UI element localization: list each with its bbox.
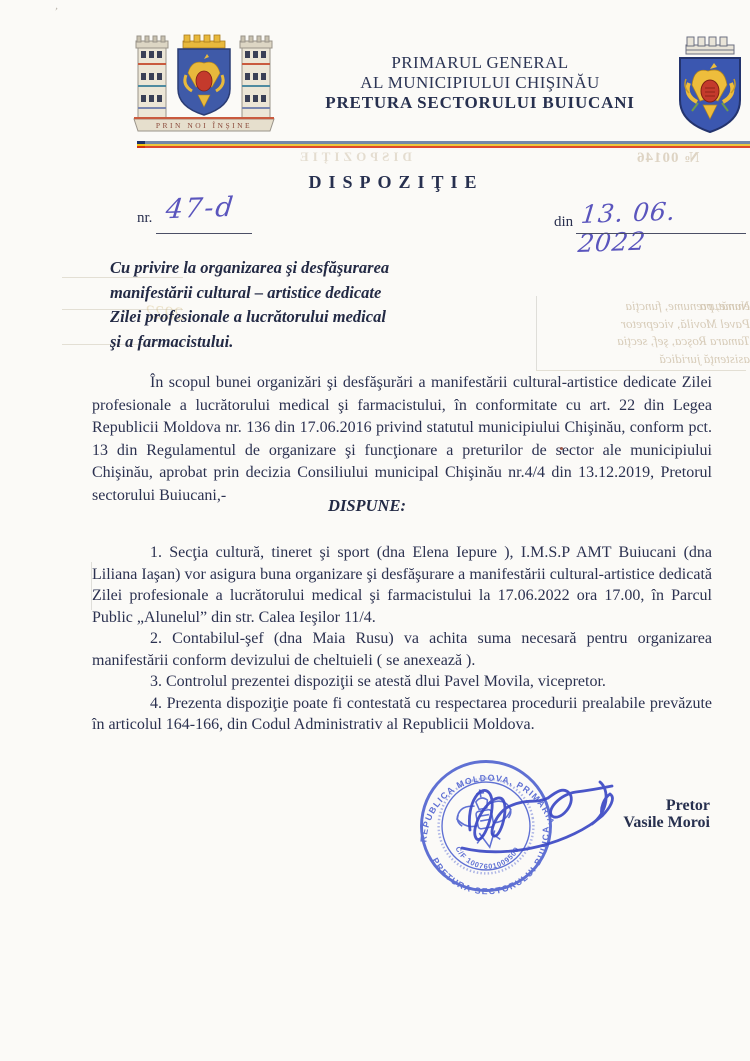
- bleedthrough-rule: [536, 370, 746, 371]
- handwritten-date: 13. 06. 2022: [577, 194, 750, 258]
- scanned-document-page: ’: [0, 0, 750, 1061]
- item-4: 4. Prezenta dispoziţie poate fi contesta…: [92, 693, 712, 736]
- item-1: 1. Secţia cultură, tineret şi sport (dna…: [92, 542, 712, 628]
- bleedthrough-signature-col: Semnătura: [700, 298, 750, 314]
- subject-line: şi a farmacistului.: [110, 330, 430, 355]
- item-2: 2. Contabilul-şef (dna Maia Rusu) va ach…: [92, 628, 712, 671]
- subject-line: Cu privire la organizarea şi desfăşurare…: [110, 256, 430, 281]
- signer-block: Pretor Vasile Moroi: [623, 797, 710, 831]
- subject-line: Zilei profesionale a lucrătorului medica…: [110, 305, 430, 330]
- bleedthrough-title: DISPOZIŢIE: [296, 149, 412, 165]
- handwritten-signature: [452, 764, 652, 874]
- bleedthrough-line: Tamara Roşca, şef, secţia: [538, 332, 750, 350]
- pen-smudge: ’: [53, 6, 59, 19]
- letterhead-line-3: PRETURA SECTORULUI BUIUCANI: [290, 93, 670, 113]
- din-label: din: [554, 214, 573, 231]
- ink-speck: [560, 447, 563, 450]
- buiucani-pretura-emblem: PRIN NOI ÎNŞINE: [128, 33, 280, 141]
- tricolor-rule: [137, 141, 750, 148]
- letterhead: PRIMARUL GENERAL AL MUNICIPIULUI CHIŞINĂ…: [290, 53, 670, 113]
- subject-block: Cu privire la organizarea şi desfăşurare…: [110, 256, 430, 354]
- letterhead-line-1: PRIMARUL GENERAL: [290, 53, 670, 73]
- letterhead-line-2: AL MUNICIPIULUI CHIŞINĂU: [290, 73, 670, 93]
- din-underline: [576, 233, 746, 234]
- bleedthrough-doc-number: № 00146: [636, 150, 699, 167]
- bleedthrough-rule: [536, 296, 537, 370]
- nr-underline: [156, 233, 252, 234]
- subject-line: manifestării cultural – artistice dedica…: [110, 281, 430, 306]
- chisinau-coat-of-arms: [672, 33, 748, 135]
- signer-name: Vasile Moroi: [623, 814, 710, 831]
- item-3: 3. Controlul prezentei dispoziţii se ate…: [92, 671, 712, 693]
- bleedthrough-line: asistenţă juridică: [538, 350, 750, 368]
- nr-label: nr.: [137, 210, 152, 227]
- signer-title: Pretor: [623, 797, 710, 814]
- dispune-heading: DISPUNE:: [92, 496, 712, 516]
- handwritten-number: 47-d: [164, 192, 236, 225]
- bleedthrough-line: Pavel Movilă, vicepretor: [538, 315, 750, 333]
- shield-eagle-icon: [178, 49, 230, 115]
- crown-icon: [183, 35, 225, 48]
- body-intro-paragraph: În scopul bunei organizări şi desfăşurăr…: [92, 372, 712, 507]
- tricolor-rule-cap: [137, 141, 145, 148]
- emblem-motto: PRIN NOI ÎNŞINE: [156, 120, 252, 130]
- ordered-items: 1. Secţia cultură, tineret şi sport (dna…: [92, 542, 712, 736]
- document-title: DISPOZIŢIE: [0, 172, 750, 193]
